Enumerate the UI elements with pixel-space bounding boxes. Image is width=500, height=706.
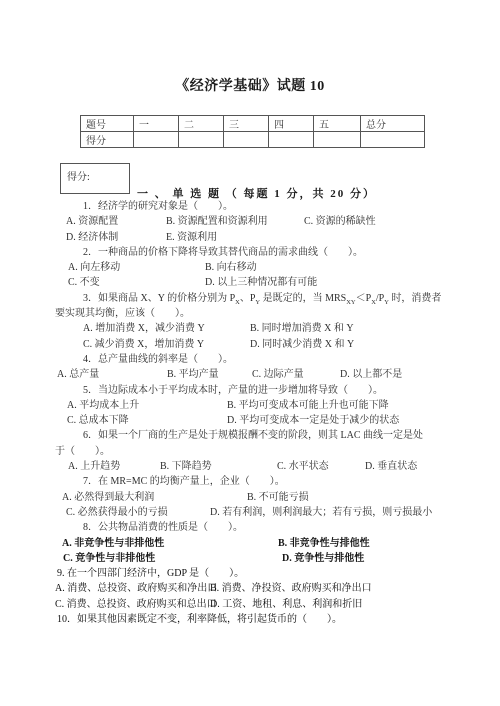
question-7-options-row-2: C. 必然获得最小的亏损D. 若有利润，则利润最大；若有亏损，则亏损最小	[50, 505, 490, 520]
question-8-options-row-1: A. 非竞争性与非排他性B. 非竞争性与排他性	[50, 536, 490, 551]
question-9-options-row-1: A. 消费、总投资、政府购买和净出口B. 消费、净投资、政府购买和净出口	[50, 581, 490, 596]
score-cell-empty	[361, 132, 425, 148]
option-4-d: D. 以上都不是	[340, 367, 402, 382]
option-5-a: A. 平均成本上升	[67, 398, 227, 413]
question-3-options-row-1: A. 增加消费 X，减少消费 YB. 同时增加消费 X 和 Y	[50, 321, 490, 336]
option-1-e: E. 资源利用	[166, 230, 217, 245]
option-9-a: A. 消费、总投资、政府购买和净出口	[55, 581, 210, 596]
option-5-d: D. 平均可变成本一定是处于减少的状态	[227, 413, 399, 428]
score-row-label: 得分	[81, 132, 134, 148]
question-8-text: 8．公共物品消费的性质是（ ）。	[50, 520, 490, 535]
option-9-b: B. 消费、净投资、政府购买和净出口	[210, 581, 372, 596]
question-6-text-line-1: 6．如果一个厂商的生产是处于规模报酬不变的阶段，则其 LAC 曲线一定是处	[50, 428, 490, 443]
score-table: 题号 一 二 三 四 五 总分 得分	[80, 115, 425, 148]
score-box: 得分:	[60, 163, 130, 194]
option-3-b: B. 同时增加消费 X 和 Y	[250, 321, 354, 336]
score-table-header-cell: 四	[269, 116, 314, 132]
question-2-text: 2．一种商品的价格下降将导致其替代商品的需求曲线（ ）。	[50, 245, 490, 260]
question-4-text: 4．总产量曲线的斜率是（ ）。	[50, 352, 490, 367]
question-3-text-line-2: 要实现其均衡，应该（ ）。	[50, 306, 490, 321]
score-cell-empty	[314, 132, 361, 148]
score-cell-empty	[134, 132, 179, 148]
question-5-options-row-2: C. 总成本下降D. 平均可变成本一定是处于减少的状态	[50, 413, 490, 428]
option-2-a: A. 向左移动	[68, 260, 205, 275]
option-4-c: C. 边际产量	[252, 367, 340, 382]
score-table-header-cell: 一	[134, 116, 179, 132]
question-3-segment: /P	[376, 293, 384, 304]
option-7-a: A. 必然得到最大利润	[62, 490, 247, 505]
score-cell-empty	[224, 132, 269, 148]
option-8-c: C. 竞争性与非排他性	[63, 551, 282, 566]
question-2-options-row-1: A. 向左移动B. 向右移动	[50, 260, 490, 275]
option-5-b: B. 平均可变成本可能上升也可能下降	[227, 398, 389, 413]
question-1-options-row-2: D. 经济体制E. 资源利用	[50, 230, 490, 245]
question-6-options-row-1: A. 上升趋势B. 下降趋势C. 水平状态D. 垂直状态	[50, 459, 490, 474]
score-cell-empty	[269, 132, 314, 148]
option-4-a: A. 总产量	[57, 367, 167, 382]
question-8-options-row-2: C. 竞争性与非排他性D. 竞争性与排他性	[50, 551, 490, 566]
option-1-a: A. 资源配置	[66, 214, 166, 229]
question-3-text-line-1: 3．如果商品 X、Y 的价格分别为 PX、PY 是既定的，当 MRSXY＜PX/…	[50, 291, 490, 306]
score-table-header-cell: 题号	[81, 116, 134, 132]
option-1-c: C. 资源的稀缺性	[304, 214, 376, 229]
option-1-d: D. 经济体制	[66, 230, 166, 245]
question-7-text: 7．在 MR=MC 的均衡产量上，企业（ ）。	[50, 474, 490, 489]
score-table-header-row: 题号 一 二 三 四 五 总分	[81, 116, 425, 132]
option-9-d: D. 工资、地租、利息、利润和折旧	[210, 597, 362, 612]
option-9-c: C. 消费、总投资、政府购买和总出口	[55, 597, 210, 612]
question-3-options-row-2: C. 减少消费 X，增加消费 YD. 同时减少消费 X 和 Y	[50, 337, 490, 352]
option-7-d: D. 若有利润，则利润最大；若有亏损，则亏损最小	[210, 505, 432, 520]
exam-document-page: 《经济学基础》试题 10 题号 一 二 三 四 五 总分 得分	[0, 0, 500, 706]
page-title: 《经济学基础》试题 10	[0, 75, 500, 95]
option-8-b: B. 非竞争性与排他性	[278, 536, 370, 551]
question-3-segment: 、P	[240, 293, 256, 304]
option-2-c: C. 不变	[68, 275, 205, 290]
question-2-options-row-2: C. 不变D. 以上三种情况都有可能	[50, 275, 490, 290]
question-7-options-row-1: A. 必然得到最大利润B. 不可能亏损	[50, 490, 490, 505]
question-3-segment: ＜P	[356, 293, 372, 304]
question-4-options-row-1: A. 总产量B. 平均产量C. 边际产量D. 以上都不是	[50, 367, 490, 382]
question-1-options-row-1: A. 资源配置B. 资源配置和资源利用C. 资源的稀缺性	[50, 214, 490, 229]
option-2-b: B. 向右移动	[205, 260, 257, 275]
question-10-text: 10．如果其他因素既定不变，利率降低，将引起货币的（ ）。	[50, 612, 490, 627]
question-1-text: 1．经济学的研究对象是（ ）。	[50, 199, 490, 214]
question-9-options-row-2: C. 消费、总投资、政府购买和总出口D. 工资、地租、利息、利润和折旧	[50, 597, 490, 612]
question-6-text-line-2: 于（ ）。	[50, 444, 490, 459]
option-3-a: A. 增加消费 X，减少消费 Y	[83, 321, 250, 336]
score-table-score-row: 得分	[81, 132, 425, 148]
question-3-segment: 是既定的，当 MRS	[260, 293, 346, 304]
option-6-b: B. 下降趋势	[160, 459, 277, 474]
score-table-header-cell: 二	[179, 116, 224, 132]
question-3-segment: 时，消费者	[389, 293, 442, 304]
option-5-c: C. 总成本下降	[67, 413, 227, 428]
score-table-header-cell: 三	[224, 116, 269, 132]
question-3-segment: 3．如果商品 X、Y 的价格分别为 P	[83, 293, 235, 304]
option-6-d: D. 垂直状态	[365, 459, 417, 474]
question-5-text: 5．当边际成本小于平均成本时，产量的进一步增加将导致（ ）。	[50, 383, 490, 398]
questions-block: 1．经济学的研究对象是（ ）。 A. 资源配置B. 资源配置和资源利用C. 资源…	[50, 199, 490, 627]
question-3-subscript: XY	[346, 299, 355, 306]
option-2-d: D. 以上三种情况都有可能	[205, 275, 317, 290]
option-6-a: A. 上升趋势	[68, 459, 160, 474]
option-7-b: B. 不可能亏损	[247, 490, 309, 505]
option-4-b: B. 平均产量	[167, 367, 252, 382]
option-6-c: C. 水平状态	[277, 459, 365, 474]
option-3-c: C. 减少消费 X，增加消费 Y	[83, 337, 250, 352]
score-box-label: 得分:	[67, 172, 90, 183]
option-3-d: D. 同时减少消费 X 和 Y	[250, 337, 354, 352]
option-1-b: B. 资源配置和资源利用	[166, 214, 304, 229]
score-cell-empty	[179, 132, 224, 148]
option-7-c: C. 必然获得最小的亏损	[66, 505, 210, 520]
question-9-text: 9. 在一个四部门经济中，GDP 是（ ）。	[50, 566, 490, 581]
score-table-header-cell: 总分	[361, 116, 425, 132]
option-8-a: A. 非竞争性与非排他性	[62, 536, 278, 551]
question-5-options-row-1: A. 平均成本上升B. 平均可变成本可能上升也可能下降	[50, 398, 490, 413]
option-8-d: D. 竞争性与排他性	[282, 551, 364, 566]
score-table-header-cell: 五	[314, 116, 361, 132]
